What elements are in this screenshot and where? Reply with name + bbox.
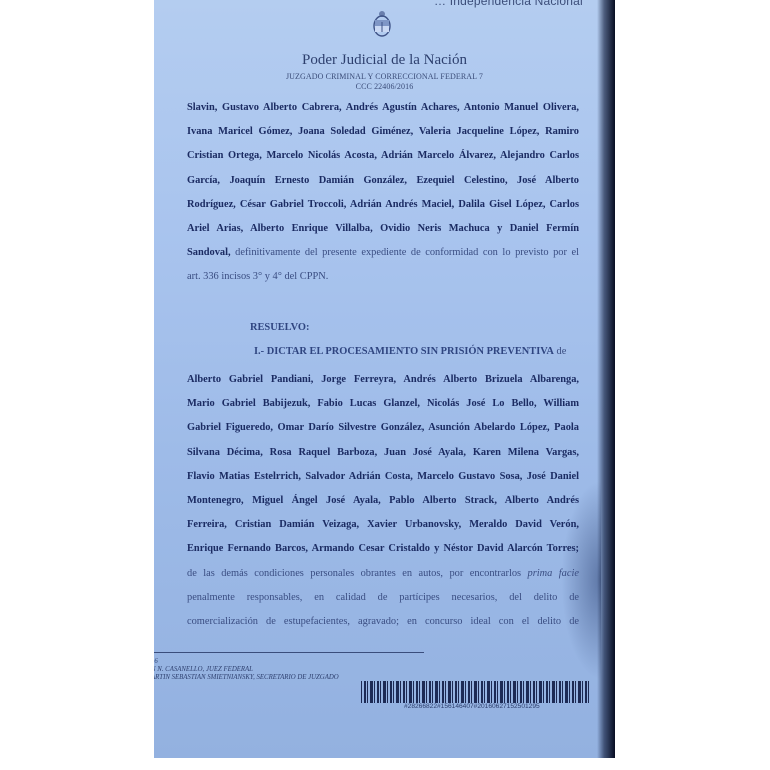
text-line: art. 336 incisos 3° y 4° del CPPN. <box>187 265 579 289</box>
signature-line-1: 16 <box>154 658 158 665</box>
argentina-coat-of-arms-icon <box>372 10 392 40</box>
page-title: Poder Judicial de la Nación <box>154 52 615 69</box>
text-line: Ariel Arias, Alberto Enrique Villalba, O… <box>187 217 579 241</box>
text-line: Enrique Fernando Barcos, Armando Cesar C… <box>187 537 579 561</box>
text-line: Mario Gabriel Babijezuk, Fabio Lucas Gla… <box>187 392 579 416</box>
top-banner: … Independencia Nacional <box>434 0 583 8</box>
text-line: Rodríguez, César Gabriel Troccoli, Adriá… <box>187 193 579 217</box>
court-name: JUZGADO CRIMINAL Y CORRECCIONAL FEDERAL … <box>154 72 615 81</box>
text-line: Flavio Matias Estelrrich, Salvador Adriá… <box>187 465 579 489</box>
paragraph-names-1: Slavin, Gustavo Alberto Cabrera, Andrés … <box>187 96 579 290</box>
italic-prima-facie: prima facie <box>528 568 579 579</box>
name-sandoval: Sandoval, <box>187 247 231 258</box>
text-line: de las demás condiciones personales obra… <box>187 562 579 586</box>
text-fragment: de las demás condiciones personales obra… <box>187 568 528 579</box>
barcode <box>361 681 589 703</box>
text-line: Montenegro, Miguel Ángel José Ayala, Pab… <box>187 489 579 513</box>
text-line: García, Joaquín Ernesto Damián González,… <box>187 169 579 193</box>
document-photo: … Independencia Nacional Poder Judicial … <box>154 0 615 758</box>
signature-divider <box>154 652 424 653</box>
text-line: Slavin, Gustavo Alberto Cabrera, Andrés … <box>187 96 579 120</box>
text-line: Ivana Maricel Gómez, Joana Soledad Gimén… <box>187 120 579 144</box>
text-line: Sandoval, definitivamente del presente e… <box>187 241 579 265</box>
text-line: Ferreira, Cristian Damián Veizaga, Xavie… <box>187 513 579 537</box>
item-1-title: I.- DICTAR EL PROCESAMIENTO SIN PRISIÓN … <box>254 346 554 357</box>
paragraph-names-2: Alberto Gabriel Pandiani, Jorge Ferreyra… <box>187 368 579 634</box>
text-fragment: definitivamente del presente expediente … <box>231 247 579 258</box>
case-number: CCC 22406/2016 <box>154 82 615 91</box>
resuelvo-heading: RESUELVO: <box>250 322 309 333</box>
barcode-number: #28266822#156146407#20160627152501295 <box>404 703 540 710</box>
text-line: Gabriel Figueredo, Omar Darío Silvestre … <box>187 416 579 440</box>
signature-secretary: ARTIN SEBASTIAN SMIETNIANSKY, SECRETARIO… <box>154 674 339 681</box>
text-fragment: de <box>554 346 566 357</box>
text-line: comercialización de estupefacientes, agr… <box>187 610 579 634</box>
signature-judge: N N. CASANELLO, JUEZ FEDERAL <box>154 666 253 673</box>
text-line: penalmente responsables, en calidad de p… <box>187 586 579 610</box>
text-line: Alberto Gabriel Pandiani, Jorge Ferreyra… <box>187 368 579 392</box>
text-line: Silvana Décima, Rosa Raquel Barboza, Jua… <box>187 441 579 465</box>
text-line: Cristian Ortega, Marcelo Nicolás Acosta,… <box>187 144 579 168</box>
item-1-heading: I.- DICTAR EL PROCESAMIENTO SIN PRISIÓN … <box>254 346 566 357</box>
